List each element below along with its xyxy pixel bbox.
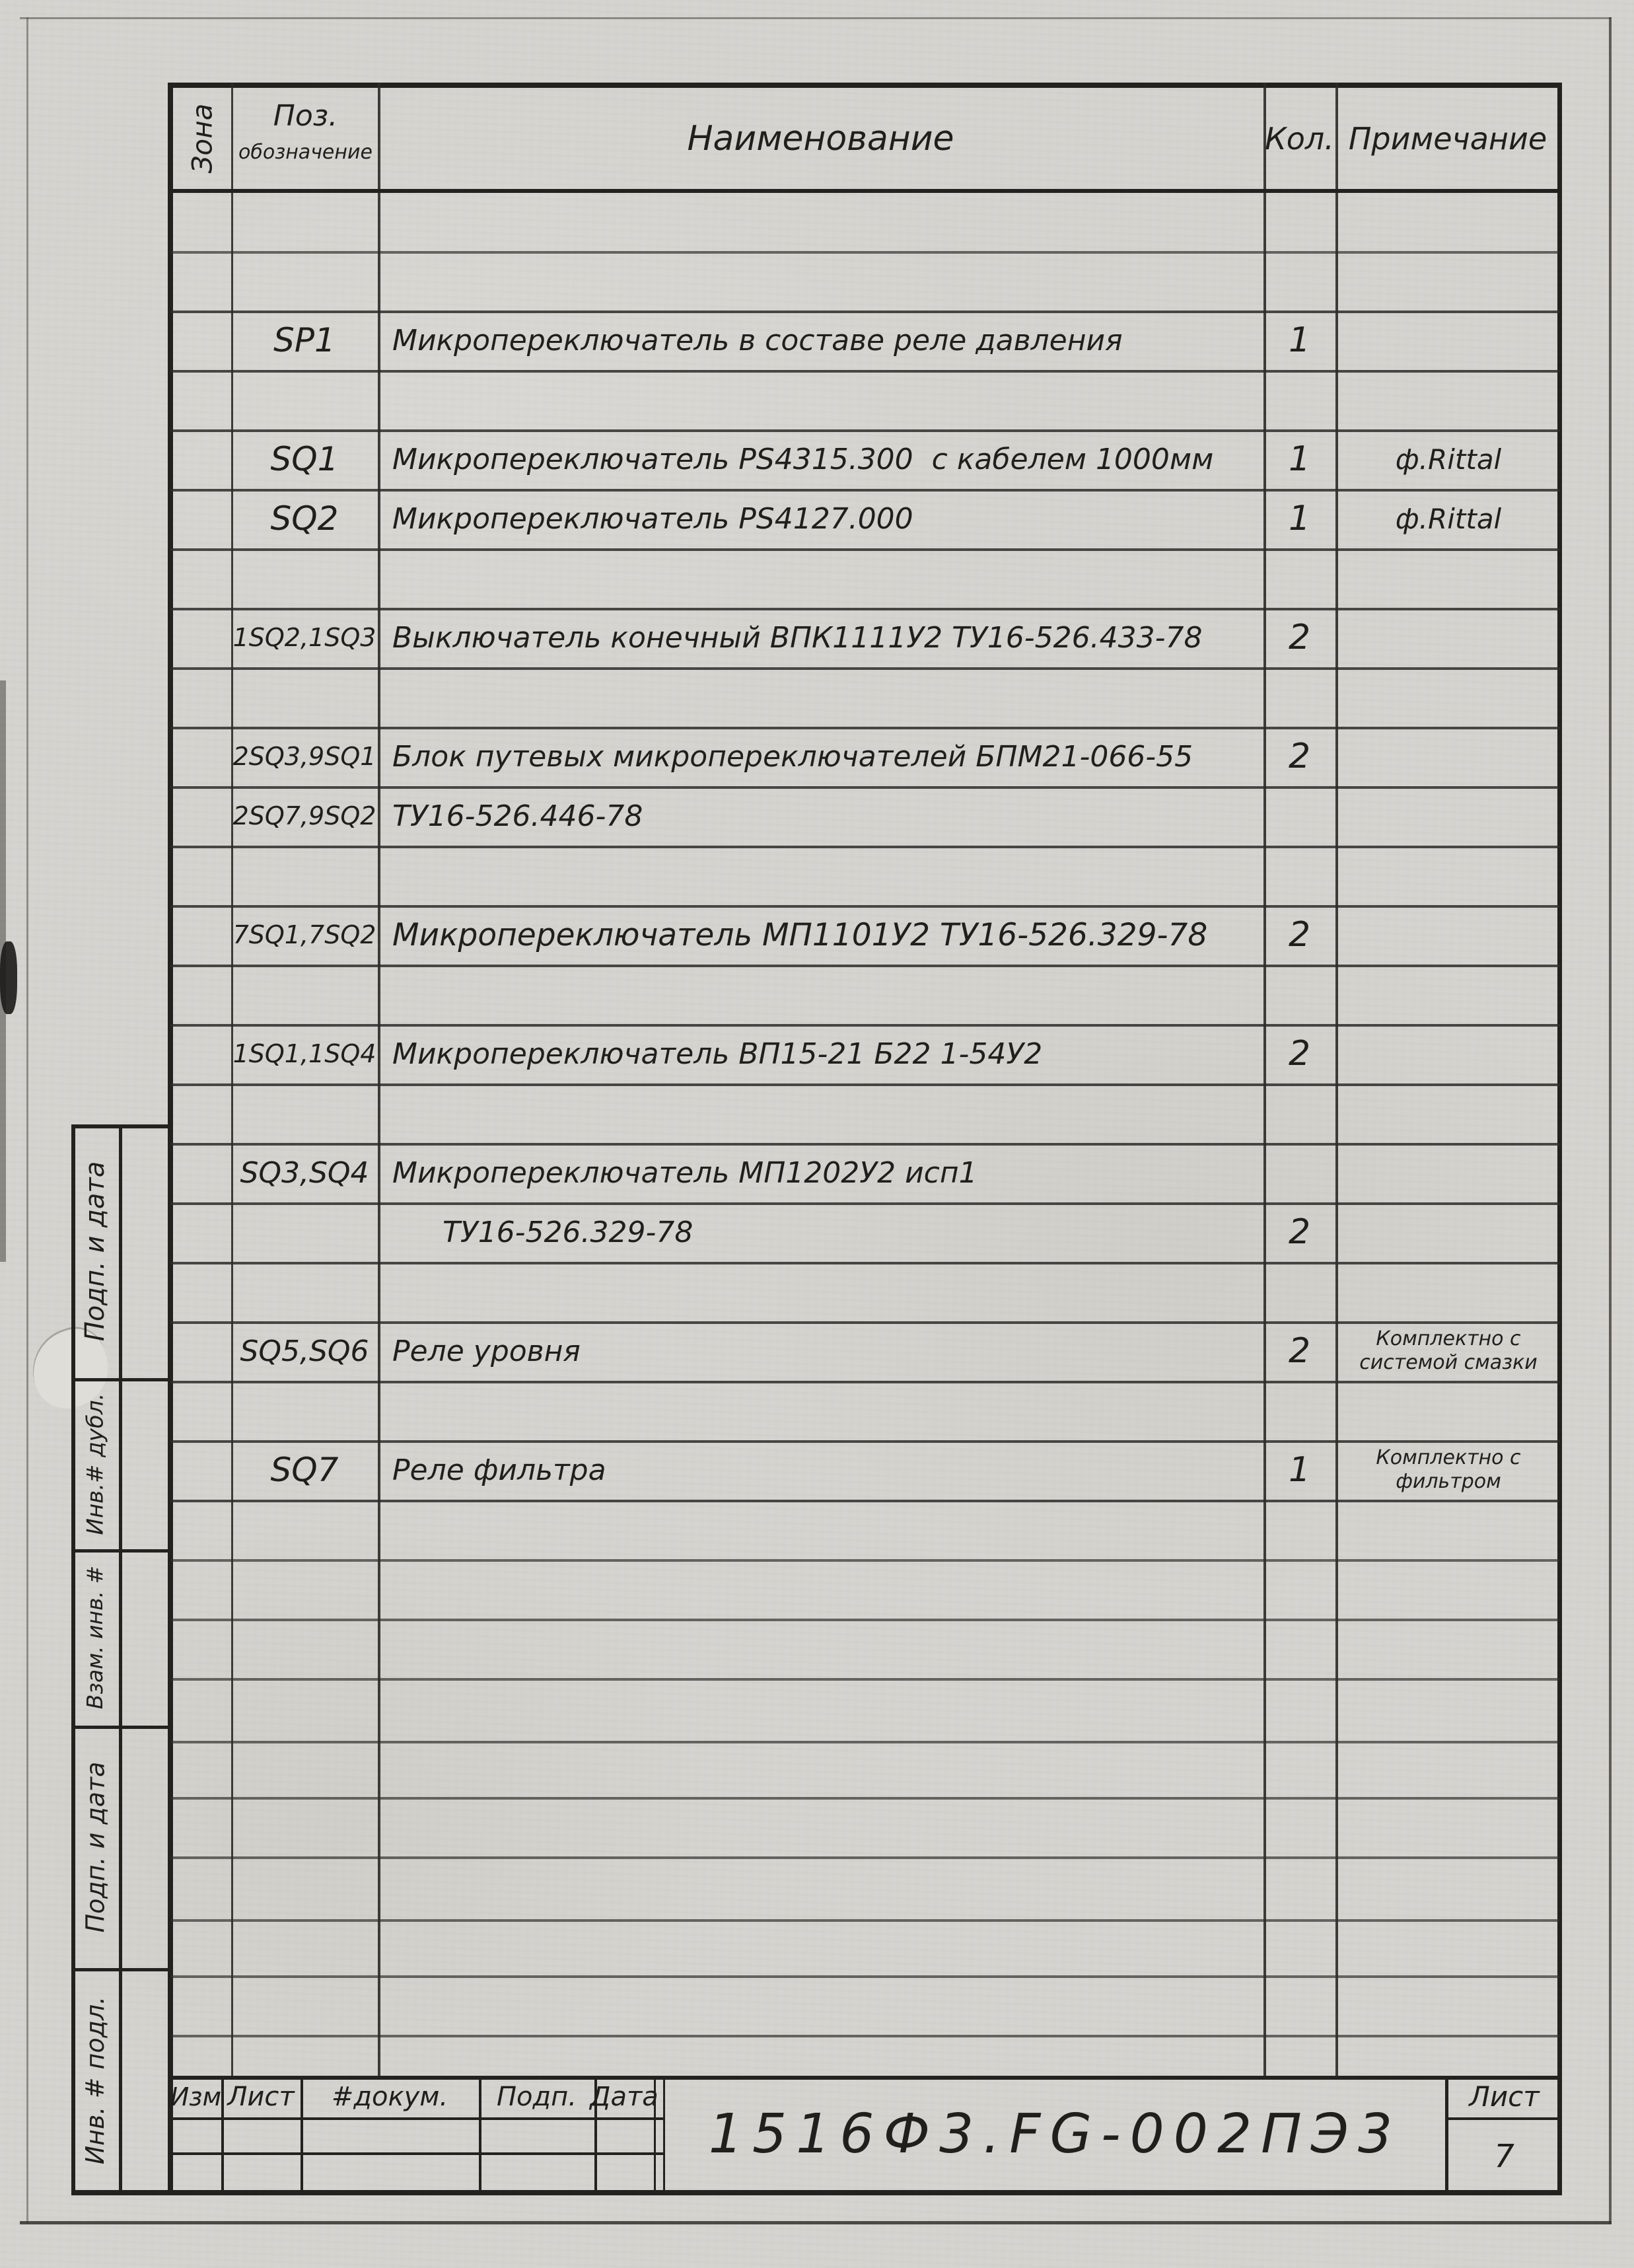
pos-cell: SQ2	[231, 489, 378, 548]
note-cell	[1335, 1024, 1561, 1083]
grid-line	[170, 1678, 1560, 1681]
sidebar-divider-vertical	[119, 1124, 122, 2193]
sidebar-cell-podp-data-2: Подп. и дата	[71, 1726, 119, 1968]
note-cell	[1335, 1143, 1561, 1202]
table-row: 1SQ2,1SQ3 Выключатель конечный ВПК1111У2…	[170, 608, 1561, 667]
header-bottom-line	[170, 189, 1560, 193]
qty-cell: 2	[1263, 727, 1335, 786]
note-cell	[1335, 311, 1561, 370]
table-row: SQ5,SQ6 Реле уровня 2 Комплектно с систе…	[170, 1321, 1561, 1381]
note-cell: Комплектно с системой смазки	[1335, 1321, 1561, 1381]
table-row: 2SQ7,9SQ2 ТУ16-526.446-78	[170, 786, 1561, 846]
titleblock-col-data: Дата	[594, 2076, 654, 2117]
sidebar-cell-inv-podl: Инв. # подл.	[71, 1968, 119, 2192]
grid-line	[170, 1559, 1560, 1562]
name-cell: Микропереключатель PS4315.300 с кабелем …	[392, 429, 1271, 489]
outer-border-left	[26, 17, 28, 2224]
header-zone-label: Зона	[186, 104, 219, 174]
table-row: 7SQ1,7SQ2 Микропереключатель МП1101У2 ТУ…	[170, 905, 1561, 965]
qty-cell: 2	[1263, 905, 1335, 965]
note-line2: системой смазки	[1359, 1351, 1538, 1375]
table-row: SQ2 Микропереключатель PS4127.000 1 ф.Ri…	[170, 489, 1561, 548]
pos-cell: 7SQ1,7SQ2	[231, 905, 378, 965]
qty-cell: 1	[1263, 1440, 1335, 1500]
grid-line	[170, 251, 1560, 254]
name-cell: Блок путевых микропереключателей БПМ21-0…	[392, 727, 1271, 786]
grid-line	[170, 1083, 1560, 1086]
sidebar-label: Взам. инв. #	[83, 1566, 108, 1709]
name-cell: Микропереключатель PS4127.000	[392, 489, 1271, 548]
note-cell	[1335, 905, 1561, 965]
name-cell: Микропереключатель МП1202У2 исп1	[392, 1143, 1271, 1202]
grid-line	[170, 1856, 1560, 1859]
qty-cell: 1	[1263, 429, 1335, 489]
sidebar-label: Подп. и дата	[80, 1161, 110, 1341]
pos-cell: 1SQ2,1SQ3	[231, 608, 378, 667]
name-cell: Микропереключатель ВП15-21 Б22 1-54У2	[392, 1024, 1271, 1083]
sidebar-cell-podp-data-1: Подп. и дата	[71, 1124, 119, 1378]
qty-cell: 2	[1263, 1321, 1335, 1381]
frame-left	[168, 83, 173, 2195]
titleblock-hline	[170, 2117, 665, 2120]
sheet-number: 7	[1448, 2120, 1560, 2192]
grid-line	[170, 965, 1560, 967]
pos-cell: SP1	[231, 311, 378, 370]
outer-border-top	[20, 17, 1612, 19]
table-row: SQ1 Микропереключатель PS4315.300 с кабе…	[170, 429, 1561, 489]
qty-cell	[1263, 1143, 1335, 1202]
note-line2: фильтром	[1396, 1470, 1501, 1494]
grid-line	[170, 1797, 1560, 1800]
grid-line	[170, 1975, 1560, 1978]
frame-right	[1557, 83, 1562, 2195]
qty-cell: 1	[1263, 311, 1335, 370]
pos-cell: 2SQ7,9SQ2	[231, 786, 378, 846]
frame-top	[168, 83, 1562, 88]
note-cell: ф.Rittal	[1335, 489, 1561, 548]
pos-cell: SQ1	[231, 429, 378, 489]
titleblock-hline	[170, 2152, 665, 2155]
name-cell: Реле уровня	[392, 1321, 1271, 1381]
header-pos-line2: обозначение	[233, 137, 378, 166]
table-row: 1SQ1,1SQ4 Микропереключатель ВП15-21 Б22…	[170, 1024, 1561, 1083]
sidebar-cell-inv-dubl: Инв.# дубл.	[71, 1378, 119, 1549]
grid-line	[170, 667, 1560, 670]
name-cell: Реле фильтра	[392, 1440, 1271, 1500]
header-zone: Зона	[173, 88, 231, 189]
note-cell: ф.Rittal	[1335, 429, 1561, 489]
scanner-edge-blob	[0, 941, 17, 1014]
table-row: SQ7 Реле фильтра 1 Комплектно с фильтром	[170, 1440, 1561, 1500]
pos-cell	[231, 1202, 378, 1262]
name-cell: ТУ16-526.329-78	[392, 1202, 1321, 1262]
pos-cell: 2SQ3,9SQ1	[231, 727, 378, 786]
note-cell: Комплектно с фильтром	[1335, 1440, 1561, 1500]
note-line1: Комплектно с	[1376, 1327, 1520, 1351]
grid-line	[170, 548, 1560, 551]
grid-line	[170, 846, 1560, 848]
grid-line	[170, 1619, 1560, 1621]
grid-line	[170, 1381, 1560, 1383]
table-row: SQ3,SQ4 Микропереключатель МП1202У2 исп1	[170, 1143, 1561, 1202]
grid-line	[170, 1919, 1560, 1922]
sidebar-label: Инв. # подл.	[81, 1996, 110, 2164]
titleblock-col-doc: #докум.	[301, 2076, 479, 2117]
note-cell	[1335, 727, 1561, 786]
sheet-label: Лист	[1448, 2076, 1560, 2117]
qty-cell	[1263, 786, 1335, 846]
note-cell	[1335, 786, 1561, 846]
sidebar-label: Инв.# дубл.	[82, 1393, 108, 1535]
scanned-sheet: Зона Поз. обозначение Наименование Кол. …	[0, 0, 1634, 2268]
header-note: Примечание	[1335, 88, 1560, 189]
pos-cell: SQ5,SQ6	[231, 1321, 378, 1381]
table-row: ТУ16-526.329-78 2	[170, 1202, 1561, 1262]
grid-line	[170, 1500, 1560, 1502]
titleblock-col-podp: Подп.	[479, 2076, 594, 2117]
sidebar-label: Подп. и дата	[81, 1761, 110, 1932]
outer-border-right	[1609, 17, 1612, 2224]
qty-cell: 2	[1263, 1202, 1335, 1262]
note-cell	[1335, 1202, 1561, 1262]
header-qty: Кол.	[1258, 88, 1341, 189]
header-name: Наименование	[378, 88, 1263, 189]
table-row: 2SQ3,9SQ1 Блок путевых микропереключател…	[170, 727, 1561, 786]
grid-line	[170, 370, 1560, 373]
name-cell: ТУ16-526.446-78	[392, 786, 1271, 846]
note-line1: Комплектно с	[1376, 1446, 1520, 1470]
name-cell: Микропереключатель в составе реле давлен…	[392, 311, 1271, 370]
sidebar-cell-vzam-inv: Взам. инв. #	[71, 1549, 119, 1726]
table-row: SP1 Микропереключатель в составе реле да…	[170, 311, 1561, 370]
qty-cell: 1	[1263, 489, 1335, 548]
pos-cell: SQ3,SQ4	[231, 1143, 378, 1202]
pos-cell: SQ7	[231, 1440, 378, 1500]
pos-cell: 1SQ1,1SQ4	[231, 1024, 378, 1083]
grid-line	[170, 2035, 1560, 2037]
qty-cell: 2	[1263, 1024, 1335, 1083]
outer-border-bottom	[20, 2221, 1612, 2224]
grid-line	[170, 1741, 1560, 1743]
document-number: 1516Ф3.FG-002ПЭ3	[665, 2076, 1445, 2192]
qty-cell: 2	[1263, 608, 1335, 667]
note-cell	[1335, 608, 1561, 667]
header-pos-line1: Поз.	[233, 92, 378, 139]
name-cell: Микропереключатель МП1101У2 ТУ16-526.329…	[392, 905, 1271, 965]
titleblock-col-list: Лист	[221, 2076, 301, 2117]
name-cell: Выключатель конечный ВПК1111У2 ТУ16-526.…	[392, 608, 1271, 667]
titleblock-col-izm: Изм	[170, 2076, 221, 2117]
grid-line	[170, 1262, 1560, 1264]
